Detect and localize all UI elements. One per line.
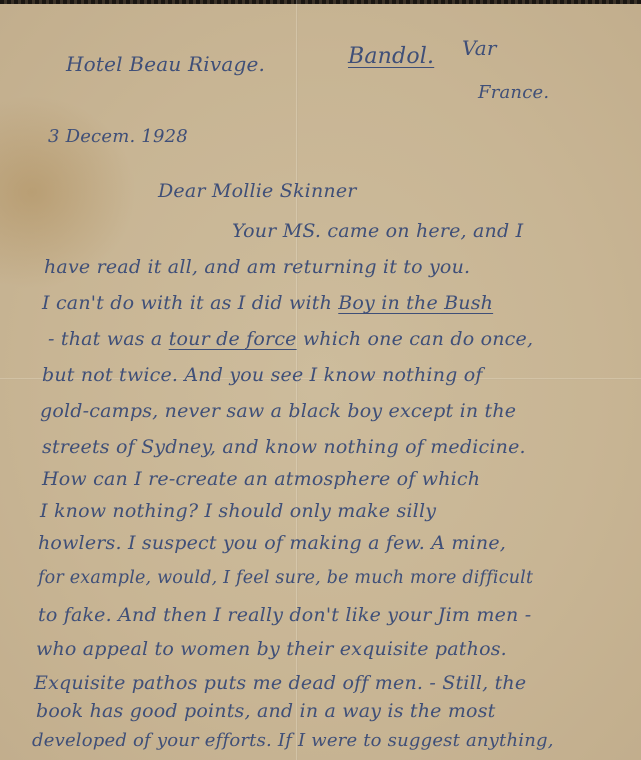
body-line: How can I re-create an atmosphere of whi… [42,468,480,490]
body-line: have read it all, and am returning it to… [44,256,470,278]
deckled-top-edge [0,0,641,4]
letter-date: 3 Decem. 1928 [48,126,188,147]
hotel-name: Hotel Beau Rivage. [66,52,265,76]
body-line: developed of your efforts. If I were to … [32,730,554,751]
body-line: Exquisite pathos puts me dead off men. -… [34,672,526,694]
salutation: Dear Mollie Skinner [158,180,357,202]
phrase-tour-de-force: tour de force [169,328,297,350]
body-line: book has good points, and in a way is th… [36,700,496,722]
body-line: but not twice. And you see I know nothin… [42,364,483,386]
body-line: I know nothing? I should only make silly [40,500,436,522]
body-line: gold-camps, never saw a black boy except… [40,400,516,422]
department-name: Var [462,36,497,60]
book-title-boy-in-the-bush: Boy in the Bush [338,292,493,314]
country-name: France. [478,82,549,103]
body-line: who appeal to women by their exquisite p… [36,638,507,660]
body-line: to fake. And then I really don't like yo… [38,604,531,626]
body-line: for example, would, I feel sure, be much… [38,568,533,588]
body-line: Your MS. came on here, and I [232,220,523,242]
body-line: howlers. I suspect you of making a few. … [38,532,506,554]
town-name: Bandol. [348,44,434,69]
body-line: - that was a tour de force which one can… [48,328,533,350]
body-line: I can't do with it as I did with Boy in … [42,292,493,314]
body-line: streets of Sydney, and know nothing of m… [42,436,526,458]
